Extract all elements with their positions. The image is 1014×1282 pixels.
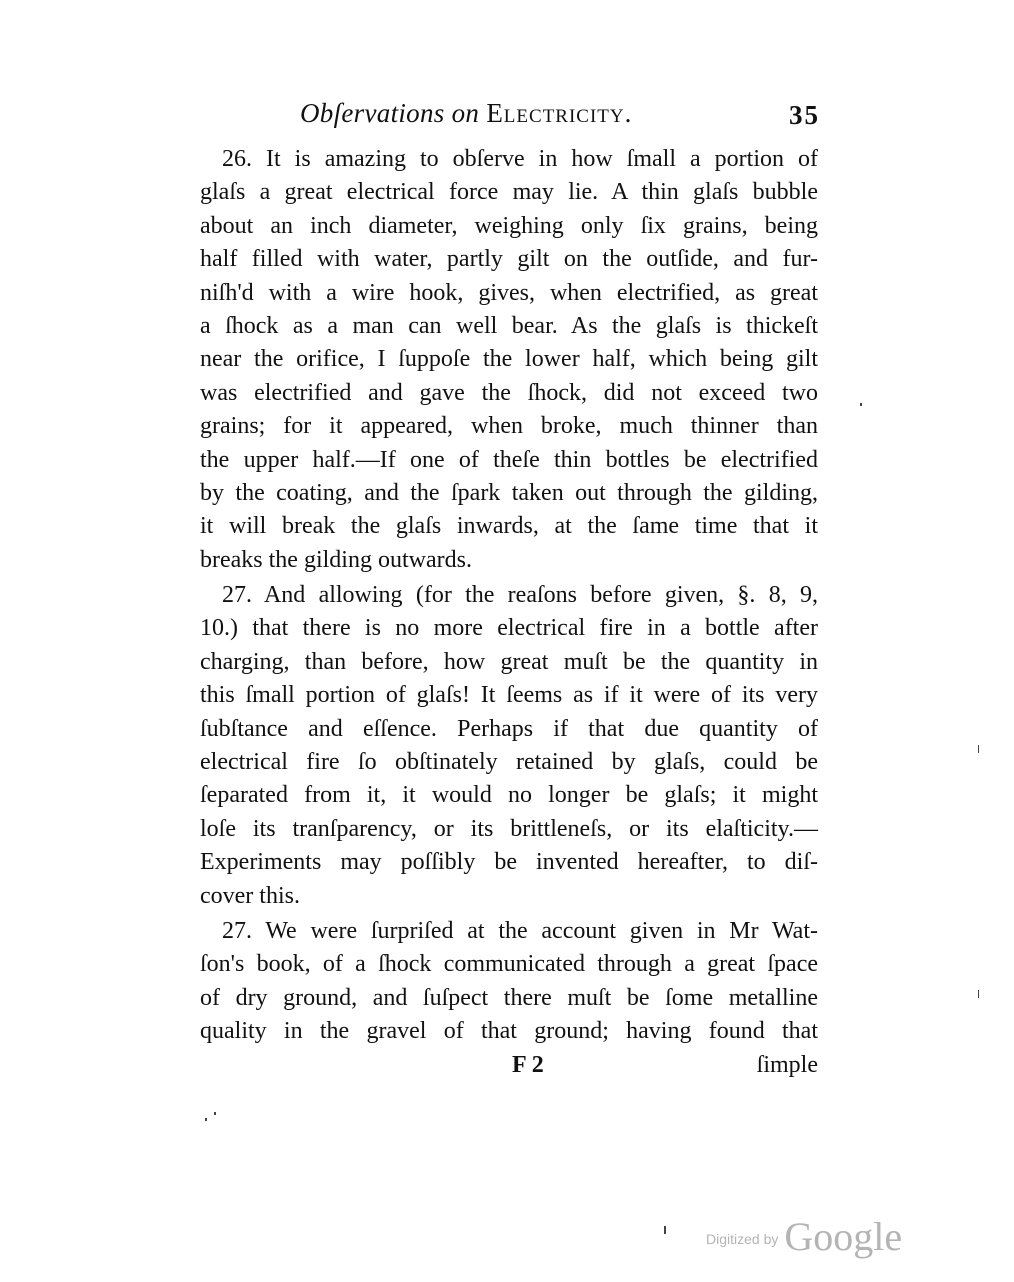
text-line: ſeparated from it, it would no longer be… xyxy=(200,779,818,812)
scan-speck xyxy=(978,745,979,753)
text-line: loſe its tranſparency, or its brittleneſ… xyxy=(200,813,818,846)
text-line: electrical fire ſo obſtinately retained … xyxy=(200,746,818,779)
catchword: ſimple xyxy=(757,1049,818,1082)
text-line: charging, than before, how great muſt be… xyxy=(200,646,818,679)
text-line: of dry ground, and ſuſpect there muſt be… xyxy=(200,982,818,1015)
page-footer: F 2 ſimple xyxy=(200,1049,818,1082)
text-line: near the orifice, I ſuppoſe the lower ha… xyxy=(200,343,818,376)
scanned-book-page: Obſervations on Electricity. 35 26. It i… xyxy=(0,0,1014,1282)
page-number: 35 xyxy=(789,100,820,131)
text-line: was electrified and gave the ſhock, did … xyxy=(200,377,818,410)
paragraph-27a: 27. And allowing (for the reaſons before… xyxy=(200,579,818,913)
page-header: Obſervations on Electricity. 35 xyxy=(300,98,824,138)
signature-mark: F 2 xyxy=(512,1049,544,1082)
text-line: about an inch diameter, weighing only ſi… xyxy=(200,210,818,243)
text-line: 27. And allowing (for the reaſons before… xyxy=(200,579,818,612)
text-line: ſubſtance and eſſence. Perhaps if that d… xyxy=(200,713,818,746)
text-line: glaſs a great electrical force may lie. … xyxy=(200,176,818,209)
google-logo: Google xyxy=(784,1214,902,1259)
scan-speck xyxy=(978,990,979,998)
text-line: Experiments may poſſibly be invented her… xyxy=(200,846,818,879)
paragraph-27b: 27. We were ſurpriſed at the account giv… xyxy=(200,915,818,1049)
text-line: grains; for it appeared, when broke, muc… xyxy=(200,410,818,443)
text-line: it will break the glaſs inwards, at the … xyxy=(200,510,818,543)
text-line: the upper half.—If one of theſe thin bot… xyxy=(200,444,818,477)
text-line: 10.) that there is no more electrical fi… xyxy=(200,612,818,645)
text-line: ſon's book, of a ſhock communicated thro… xyxy=(200,948,818,981)
text-line: breaks the gilding outwards. xyxy=(200,544,818,577)
running-title: Obſervations on Electricity. xyxy=(300,98,632,129)
google-digitized-watermark: Digitized by Google xyxy=(706,1213,902,1260)
scan-speck xyxy=(214,1112,216,1115)
running-title-caps: Electricity. xyxy=(486,98,632,128)
scan-speck xyxy=(860,403,862,406)
text-line: half filled with water, partly gilt on t… xyxy=(200,243,818,276)
text-line: 26. It is amazing to obſerve in how ſmal… xyxy=(200,143,818,176)
text-line: this ſmall portion of glaſs! It ſeems as… xyxy=(200,679,818,712)
text-line: a ſhock as a man can well bear. As the g… xyxy=(200,310,818,343)
text-line: quality in the gravel of that ground; ha… xyxy=(200,1015,818,1048)
paragraph-26: 26. It is amazing to obſerve in how ſmal… xyxy=(200,143,818,577)
body-text: 26. It is amazing to obſerve in how ſmal… xyxy=(200,143,818,1082)
scan-speck xyxy=(205,1118,207,1121)
text-line: cover this. xyxy=(200,880,818,913)
text-line: by the coating, and the ſpark taken out … xyxy=(200,477,818,510)
watermark-prefix: Digitized by xyxy=(706,1231,778,1247)
running-title-italic: Obſervations on xyxy=(300,98,479,128)
text-line: niſh'd with a wire hook, gives, when ele… xyxy=(200,277,818,310)
scan-speck xyxy=(664,1226,666,1234)
text-line: 27. We were ſurpriſed at the account giv… xyxy=(200,915,818,948)
